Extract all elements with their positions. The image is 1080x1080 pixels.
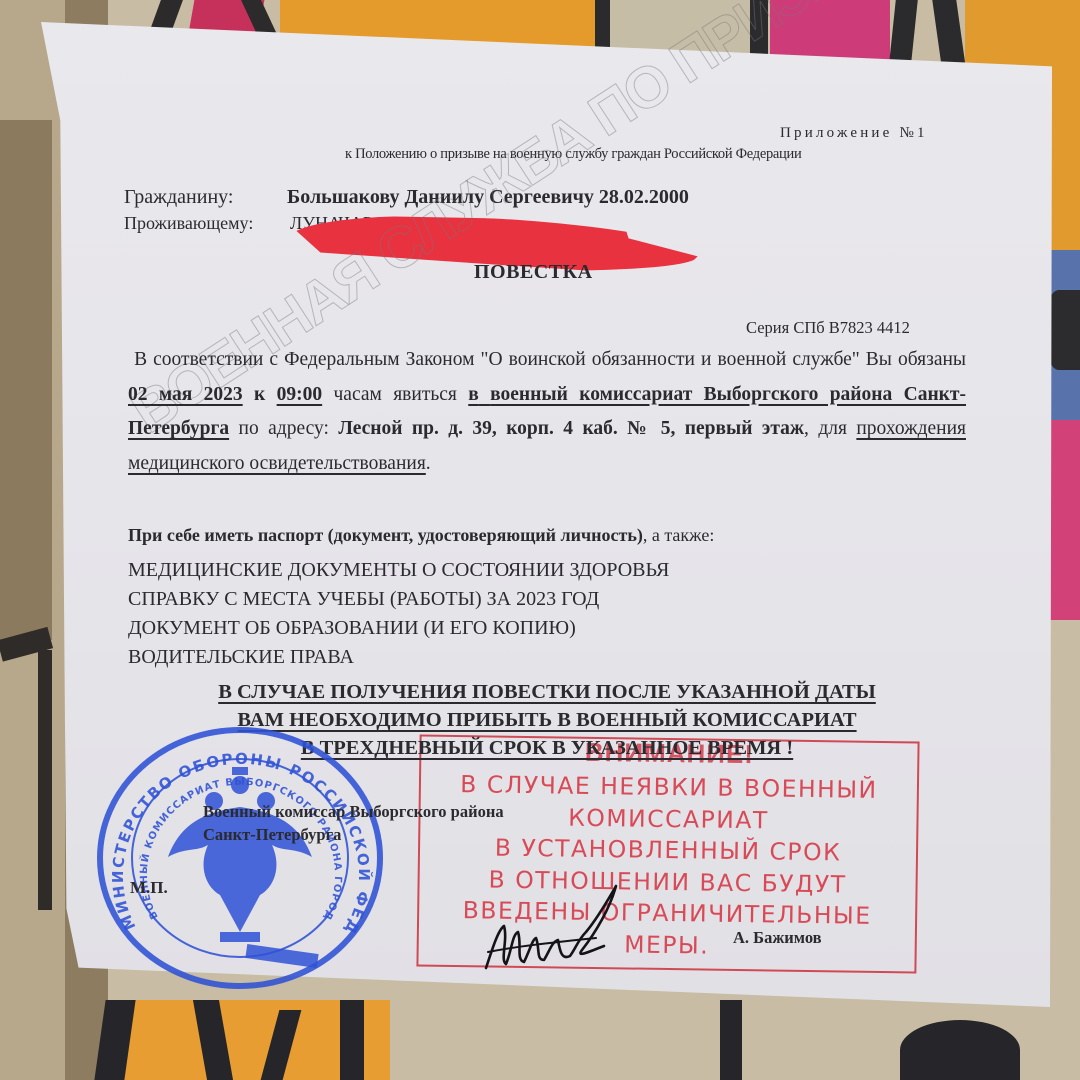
commissar-title: Военный комиссар Выборгского района Санк… bbox=[203, 800, 504, 846]
resident-label: Проживающему: bbox=[124, 213, 253, 234]
list-item: ДОКУМЕНТ ОБ ОБРАЗОВАНИИ (И ЕГО КОПИЮ) bbox=[128, 614, 669, 643]
appointment-time: 09:00 bbox=[277, 384, 323, 405]
list-item: СПРАВКУ С МЕСТА УЧЕБЫ (РАБОТЫ) ЗА 2023 Г… bbox=[128, 585, 669, 614]
appendix-title: Приложение №1 bbox=[780, 125, 928, 142]
signer-name: А. Бажимов bbox=[733, 928, 822, 948]
appointment-date: 02 мая 2023 bbox=[128, 384, 243, 405]
summons-body: В соответствии с Федеральным Законом "О … bbox=[128, 343, 966, 481]
citizen-name: Большакову Даниилу Сергеевичу 28.02.2000 bbox=[287, 186, 689, 209]
signature-icon bbox=[478, 880, 628, 975]
bring-documents-list: МЕДИЦИНСКИЕ ДОКУМЕНТЫ О СОСТОЯНИИ ЗДОРОВ… bbox=[128, 556, 669, 672]
list-item: МЕДИЦИНСКИЕ ДОКУМЕНТЫ О СОСТОЯНИИ ЗДОРОВ… bbox=[128, 556, 669, 585]
citizen-label: Гражданину: bbox=[124, 186, 233, 209]
appendix-subtitle: к Положению о призыве на военную службу … bbox=[345, 146, 801, 163]
list-item: ВОДИТЕЛЬСКИЕ ПРАВА bbox=[128, 643, 669, 672]
official-seal-icon: МИНИСТЕРСТВО ОБОРОНЫ РОССИЙСКОЙ ФЕДЕРАЦИ… bbox=[96, 727, 384, 989]
seal-place-label: М.П. bbox=[130, 878, 168, 898]
document-title: ПОВЕСТКА bbox=[474, 261, 593, 284]
bring-documents-intro: При себе иметь паспорт (документ, удосто… bbox=[128, 525, 714, 546]
appointment-address: Лесной пр. д. 39, корп. 4 каб. № 5, перв… bbox=[338, 418, 804, 439]
series-number: Серия СПб В7823 4412 bbox=[746, 318, 910, 338]
